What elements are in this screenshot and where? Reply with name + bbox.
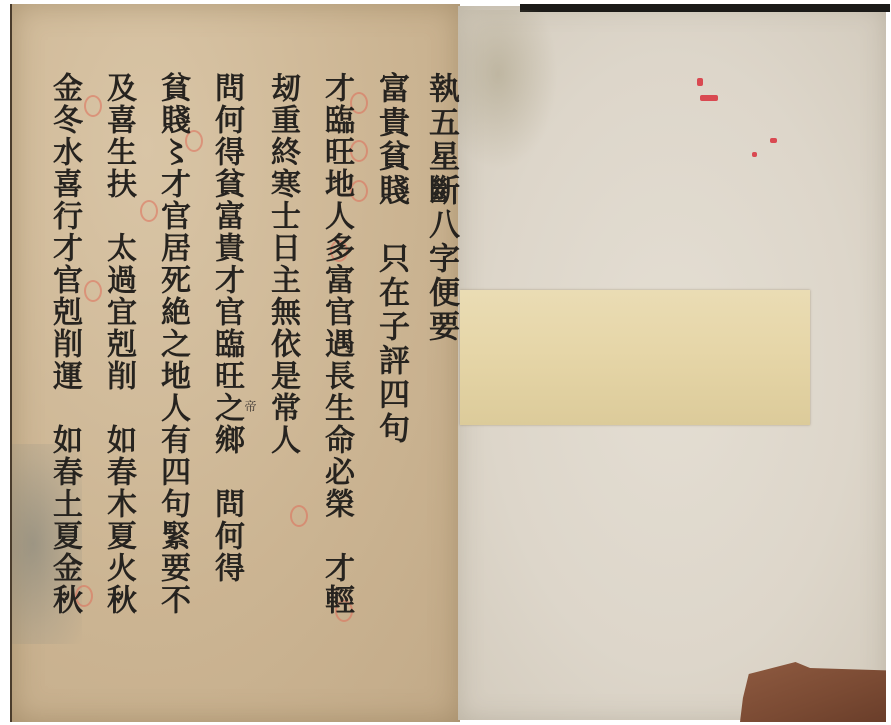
red-ink-mark [770, 138, 777, 143]
text-column-6: 貧賤〻才官居死絶之地人有四句緊要不 [152, 72, 192, 616]
red-ink-mark [752, 152, 757, 157]
book-spread: 執五星斷八字便要 富貴貧賤 只在子評四句 才臨旺地人多富官遇長生命必榮 才輕 刼… [0, 0, 891, 725]
red-punctuation-mark [290, 505, 308, 527]
red-ink-mark [697, 78, 703, 86]
text-column-7: 及喜生扶 太過宜剋削 如春木夏火秋 [98, 72, 138, 616]
gutter-stain [458, 10, 558, 170]
page-edge-shadow [520, 4, 890, 12]
text-column-1: 執五星斷八字便要 [418, 72, 464, 344]
text-column-4: 刼重終寒士日主無依是常人 [262, 72, 302, 456]
red-ink-mark [700, 95, 718, 101]
marginal-annotation: 帝 [242, 400, 259, 412]
torn-corner [740, 662, 886, 722]
text-column-3: 才臨旺地人多富官遇長生命必榮 才輕 [316, 72, 356, 616]
text-column-5: 問何得貧富貴才官臨旺之鄉 問何得 [206, 72, 246, 584]
text-column-8: 金冬水喜行才官剋削運 如春土夏金秋 [44, 72, 84, 616]
tape-strip [460, 290, 810, 425]
text-column-2: 富貴貧賤 只在子評四句 [368, 72, 414, 446]
